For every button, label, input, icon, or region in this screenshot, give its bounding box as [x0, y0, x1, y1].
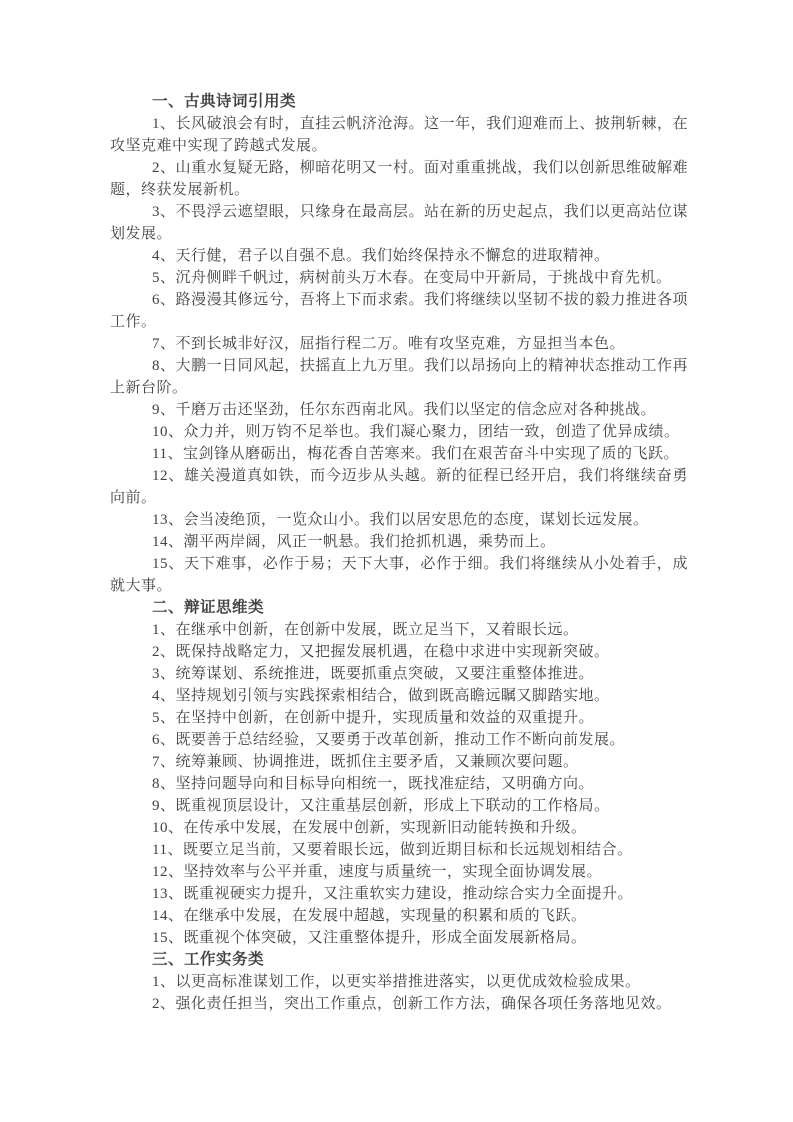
paragraph: 13、既重视硬实力提升，又注重软实力建设，推动综合实力全面提升。: [110, 883, 688, 905]
paragraph: 10、在传承中发展，在发展中创新，实现新旧动能转换和升级。: [110, 817, 688, 839]
section-heading: 二、辩证思维类: [110, 597, 688, 619]
paragraph: 5、在坚持中创新，在创新中提升，实现质量和效益的双重提升。: [110, 707, 688, 729]
paragraph: 7、不到长城非好汉，屈指行程二万。唯有攻坚克难，方显担当本色。: [110, 333, 688, 355]
paragraph: 8、大鹏一日同风起，扶摇直上九万里。我们以昂扬向上的精神状态推动工作再上新台阶。: [110, 355, 688, 399]
paragraph: 6、既要善于总结经验，又要勇于改革创新，推动工作不断向前发展。: [110, 729, 688, 751]
paragraph: 10、众力并，则万钧不足举也。我们凝心聚力，团结一致，创造了优异成绩。: [110, 421, 688, 443]
paragraph: 1、在继承中创新，在创新中发展，既立足当下，又着眼长远。: [110, 619, 688, 641]
paragraph: 15、天下难事，必作于易；天下大事，必作于细。我们将继续从小处着手，成就大事。: [110, 553, 688, 597]
paragraph: 2、强化责任担当，突出工作重点，创新工作方法，确保各项任务落地见效。: [110, 993, 688, 1015]
section-heading: 一、古典诗词引用类: [110, 91, 688, 113]
paragraph: 6、路漫漫其修远兮，吾将上下而求索。我们将继续以坚韧不拔的毅力推进各项工作。: [110, 289, 688, 333]
paragraph: 14、在继承中发展，在发展中超越，实现量的积累和质的飞跃。: [110, 905, 688, 927]
paragraph: 3、统筹谋划、系统推进，既要抓重点突破，又要注重整体推进。: [110, 663, 688, 685]
paragraph: 13、会当凌绝顶，一览众山小。我们以居安思危的态度，谋划长远发展。: [110, 509, 688, 531]
paragraph: 4、坚持规划引领与实践探索相结合，做到既高瞻远瞩又脚踏实地。: [110, 685, 688, 707]
paragraph: 9、既重视顶层设计，又注重基层创新，形成上下联动的工作格局。: [110, 795, 688, 817]
paragraph: 2、既保持战略定力，又把握发展机遇，在稳中求进中实现新突破。: [110, 641, 688, 663]
paragraph: 12、雄关漫道真如铁，而今迈步从头越。新的征程已经开启，我们将继续奋勇向前。: [110, 465, 688, 509]
paragraph: 9、千磨万击还坚劲，任尔东西南北风。我们以坚定的信念应对各种挑战。: [110, 399, 688, 421]
paragraph: 4、天行健，君子以自强不息。我们始终保持永不懈怠的进取精神。: [110, 245, 688, 267]
paragraph: 11、宝剑锋从磨砺出，梅花香自苦寒来。我们在艰苦奋斗中实现了质的飞跃。: [110, 443, 688, 465]
document-page: 一、古典诗词引用类1、长风破浪会有时，直挂云帆济沧海。这一年，我们迎难而上、披荆…: [0, 0, 793, 1122]
paragraph: 14、潮平两岸阔，风正一帆悬。我们抢抓机遇，乘势而上。: [110, 531, 688, 553]
paragraph: 1、长风破浪会有时，直挂云帆济沧海。这一年，我们迎难而上、披荆斩棘，在攻坚克难中…: [110, 113, 688, 157]
paragraph: 5、沉舟侧畔千帆过，病树前头万木春。在变局中开新局，于挑战中育先机。: [110, 267, 688, 289]
paragraph: 11、既要立足当前，又要着眼长远，做到近期目标和长远规划相结合。: [110, 839, 688, 861]
section-heading: 三、工作实务类: [110, 949, 688, 971]
paragraph: 7、统筹兼顾、协调推进，既抓住主要矛盾，又兼顾次要问题。: [110, 751, 688, 773]
paragraph: 3、不畏浮云遮望眼，只缘身在最高层。站在新的历史起点，我们以更高站位谋划发展。: [110, 201, 688, 245]
paragraph: 15、既重视个体突破，又注重整体提升，形成全面发展新格局。: [110, 927, 688, 949]
paragraph: 1、以更高标准谋划工作，以更实举措推进落实，以更优成效检验成果。: [110, 971, 688, 993]
paragraph: 2、山重水复疑无路，柳暗花明又一村。面对重重挑战，我们以创新思维破解难题，终获发…: [110, 157, 688, 201]
paragraph: 8、坚持问题导向和目标导向相统一，既找准症结，又明确方向。: [110, 773, 688, 795]
paragraph: 12、坚持效率与公平并重，速度与质量统一，实现全面协调发展。: [110, 861, 688, 883]
document-content: 一、古典诗词引用类1、长风破浪会有时，直挂云帆济沧海。这一年，我们迎难而上、披荆…: [0, 0, 793, 1015]
